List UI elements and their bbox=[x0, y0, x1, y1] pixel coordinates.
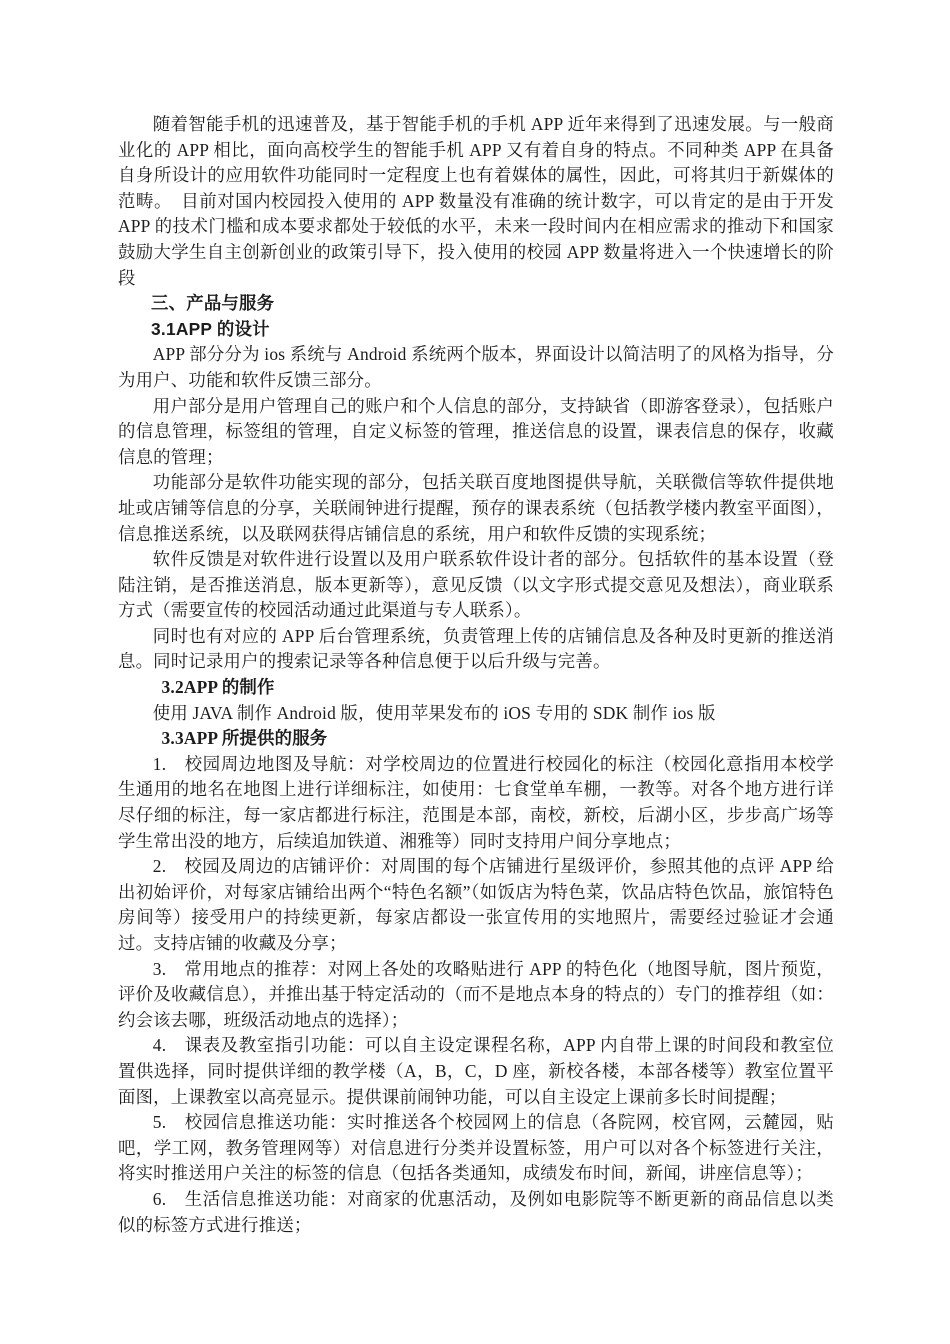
section-heading-products-services: 三、产品与服务 bbox=[118, 291, 834, 317]
service-item-6: 6. 生活信息推送功能：对商家的优惠活动，及例如电影院等不断更新的商品信息以类似… bbox=[118, 1187, 834, 1238]
document-text-column: 随着智能手机的迅速普及，基于智能手机的手机 APP 近年来得到了迅速发展。与一般… bbox=[118, 112, 834, 1238]
subsection-heading-3-3: 3.3APP 所提供的服务 bbox=[118, 726, 834, 752]
para-app-versions: APP 部分分为 ios 系统与 Android 系统两个版本，界面设计以简洁明… bbox=[118, 342, 834, 393]
para-app-production: 使用 JAVA 制作 Android 版，使用苹果发布的 iOS 专用的 SDK… bbox=[118, 701, 834, 727]
intro-paragraph: 随着智能手机的迅速普及，基于智能手机的手机 APP 近年来得到了迅速发展。与一般… bbox=[118, 112, 834, 291]
service-item-2: 2. 校园及周边的店铺评价：对周围的每个店铺进行星级评价，参照其他的点评 APP… bbox=[118, 854, 834, 956]
subsection-heading-3-1: 3.1APP 的设计 bbox=[118, 317, 834, 343]
para-user-section: 用户部分是用户管理自己的账户和个人信息的部分，支持缺省（即游客登录），包括账户的… bbox=[118, 394, 834, 471]
para-backend-system: 同时也有对应的 APP 后台管理系统，负责管理上传的店铺信息及各种及时更新的推送… bbox=[118, 624, 834, 675]
service-item-1: 1. 校园周边地图及导航：对学校周边的位置进行校园化的标注（校园化意指用本校学生… bbox=[118, 752, 834, 854]
service-item-3: 3. 常用地点的推荐：对网上各处的攻略贴进行 APP 的特色化（地图导航，图片预… bbox=[118, 957, 834, 1034]
para-function-section: 功能部分是软件功能实现的部分，包括关联百度地图提供导航，关联微信等软件提供地址或… bbox=[118, 470, 834, 547]
subsection-heading-3-2: 3.2APP 的制作 bbox=[118, 675, 834, 701]
service-item-4: 4. 课表及教室指引功能：可以自主设定课程名称，APP 内自带上课的时间段和教室… bbox=[118, 1033, 834, 1110]
para-feedback-section: 软件反馈是对软件进行设置以及用户联系软件设计者的部分。包括软件的基本设置（登陆注… bbox=[118, 547, 834, 624]
document-page: 随着智能手机的迅速普及，基于智能手机的手机 APP 近年来得到了迅速发展。与一般… bbox=[0, 0, 950, 1344]
service-item-5: 5. 校园信息推送功能：实时推送各个校园网上的信息（各院网，校官网，云麓园，贴吧… bbox=[118, 1110, 834, 1187]
